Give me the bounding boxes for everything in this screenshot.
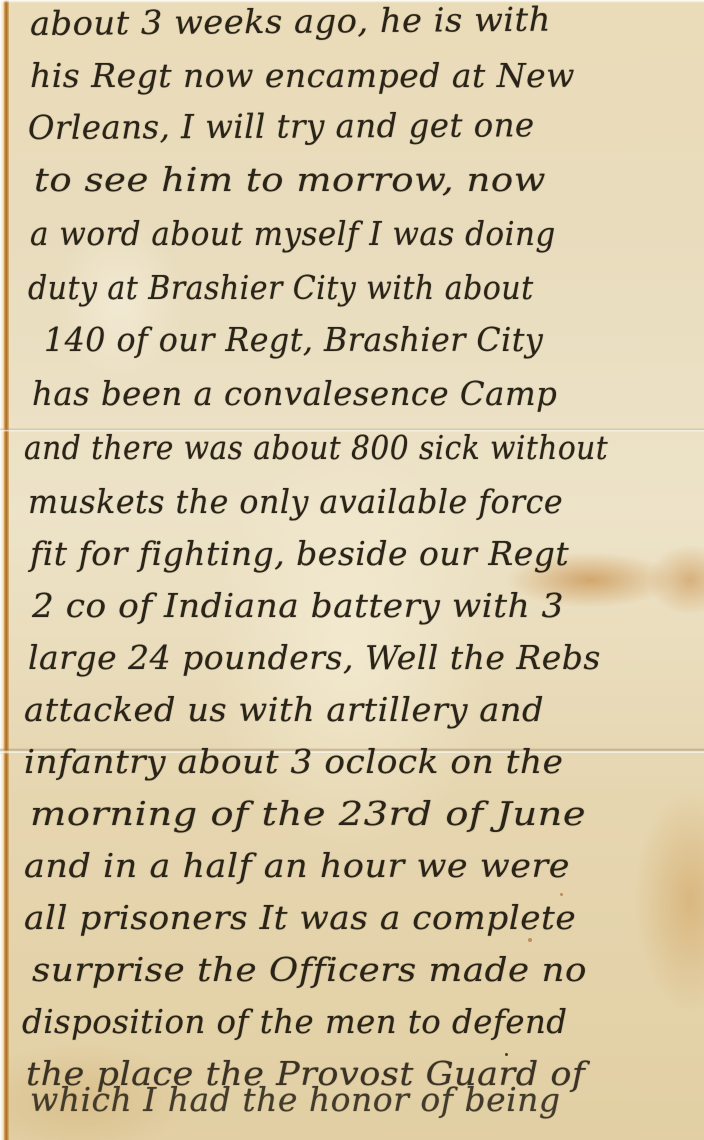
text-line-19: surprise the Officers made no — [32, 950, 587, 989]
text-line-12: 2 co of Indiana battery with 3 — [32, 586, 564, 625]
text-line-9: and there was about 800 sick without — [24, 428, 608, 467]
text-line-11: fit for fighting, beside our Regt — [30, 534, 569, 573]
text-line-17: and in a half an hour we were — [24, 846, 570, 885]
text-line-18: all prisoners It was a complete — [24, 898, 576, 937]
text-line-22: which I had the honor of being — [30, 1080, 561, 1119]
text-line-6: duty at Brashier City with about — [28, 268, 534, 307]
handwritten-text: about 3 weeks ago, he is with his Regt n… — [0, 0, 704, 1140]
text-line-4: to see him to morrow, now — [34, 160, 546, 199]
letter-page: about 3 weeks ago, he is with his Regt n… — [0, 0, 704, 1140]
text-line-15: infantry about 3 oclock on the — [24, 742, 563, 781]
text-line-7: 140 of our Regt, Brashier City — [44, 320, 543, 359]
text-line-8: has been a convalesence Camp — [32, 374, 557, 413]
text-line-16: morning of the 23rd of June — [30, 794, 586, 833]
text-line-20: disposition of the men to defend — [22, 1002, 567, 1041]
text-line-13: large 24 pounders, Well the Rebs — [28, 638, 601, 677]
text-line-10: muskets the only available force — [28, 482, 563, 521]
text-line-1: about 3 weeks ago, he is with — [30, 0, 551, 43]
text-line-2: his Regt now encamped at New — [30, 56, 575, 95]
text-line-5: a word about myself I was doing — [30, 214, 556, 253]
text-line-14: attacked us with artillery and — [24, 690, 544, 729]
text-line-3: Orleans, I will try and get one — [28, 105, 535, 147]
